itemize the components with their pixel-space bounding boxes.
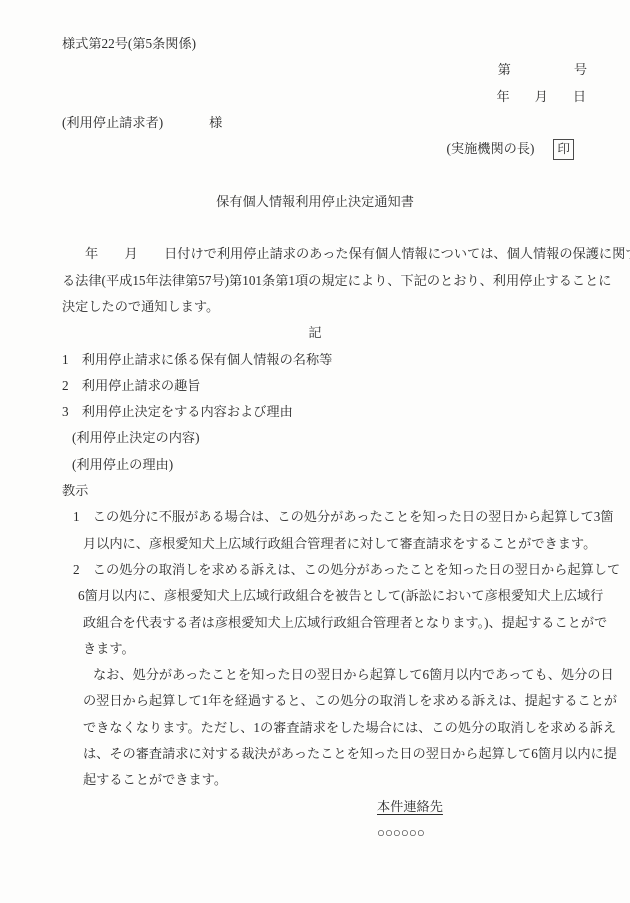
- document-page: 様式第22号(第5条関係) 第 号 年 月 日 (利用停止請求者) 様 (実施機…: [0, 0, 630, 903]
- kyoji-line: なお、処分があったことを知った日の翌日から起算して6箇月以内であっても、処分の日: [0, 662, 630, 688]
- ki-heading: 記: [0, 320, 630, 346]
- date-day-label: 日: [573, 84, 586, 110]
- list-item: 2 利用停止請求の趣旨: [0, 373, 630, 399]
- spacer: [0, 215, 630, 241]
- intro-line: 決定したので通知します。: [0, 294, 630, 320]
- contact-value: ○○○○○○: [0, 820, 630, 846]
- kyoji-line: 月以内に、彦根愛知犬上広域行政組合管理者に対して審査請求をすることができます。: [0, 531, 630, 557]
- addressee-label: (利用停止請求者): [62, 110, 163, 136]
- date-year-label: 年: [496, 84, 509, 110]
- kyoji-heading: 教示: [0, 478, 630, 504]
- addressee-line: (利用停止請求者) 様: [0, 110, 630, 136]
- form-number: 様式第22号(第5条関係): [0, 31, 630, 57]
- seal-box: 印: [553, 139, 574, 160]
- kyoji-line: は、その審査請求に対する裁決があったことを知った日の翌日から起算して6箇月以内に…: [0, 741, 630, 767]
- kyoji-line: 起することができます。: [0, 767, 630, 793]
- kyoji-line: 政組合を代表する者は彦根愛知犬上広域行政組合管理者となります。)、提起することが…: [0, 610, 630, 636]
- doc-number-suffix: 号: [574, 57, 587, 83]
- list-item: 3 利用停止決定をする内容および理由: [0, 399, 630, 425]
- list-item: 1 利用停止請求に係る保有個人情報の名称等: [0, 347, 630, 373]
- kyoji-line: 6箇月以内に、彦根愛知犬上広域行政組合を被告として(訴訟において彦根愛知犬上広域…: [0, 583, 630, 609]
- doc-number-prefix: 第: [498, 57, 511, 83]
- kyoji-line: できなくなります。ただし、1の審査請求をした場合には、この処分の取消しを求める訴…: [0, 715, 630, 741]
- kyoji-line: きます。: [0, 636, 630, 662]
- date-month-label: 月: [535, 84, 548, 110]
- sub-item: (利用停止の理由): [0, 452, 630, 478]
- issuer-line: (実施機関の長) 印: [0, 136, 630, 162]
- sub-item: (利用停止決定の内容): [0, 425, 630, 451]
- spacer: [0, 162, 630, 188]
- document-number-line: 第 号: [0, 57, 630, 83]
- intro-line: る法律(平成15年法律第57号)第101条第1項の規定により、下記のとおり、利用…: [0, 268, 630, 294]
- kyoji-line: の翌日から起算して1年を経過すると、この処分の取消しを求める訴えは、提起すること…: [0, 688, 630, 714]
- date-line: 年 月 日: [0, 84, 630, 110]
- contact-heading: 本件連絡先: [377, 799, 443, 814]
- kyoji-line: 1 この処分に不服がある場合は、この処分があったことを知った日の翌日から起算して…: [0, 504, 630, 530]
- intro-line: 年 月 日付けで利用停止請求のあった保有個人情報については、個人情報の保護に関す: [0, 241, 630, 267]
- contact-heading-line: 本件連絡先: [0, 794, 630, 820]
- issuer-label: (実施機関の長): [446, 136, 534, 162]
- kyoji-line: 2 この処分の取消しを求める訴えは、この処分があったことを知った日の翌日から起算…: [0, 557, 630, 583]
- document-title: 保有個人情報利用停止決定通知書: [0, 189, 630, 215]
- addressee-honorific: 様: [209, 110, 222, 136]
